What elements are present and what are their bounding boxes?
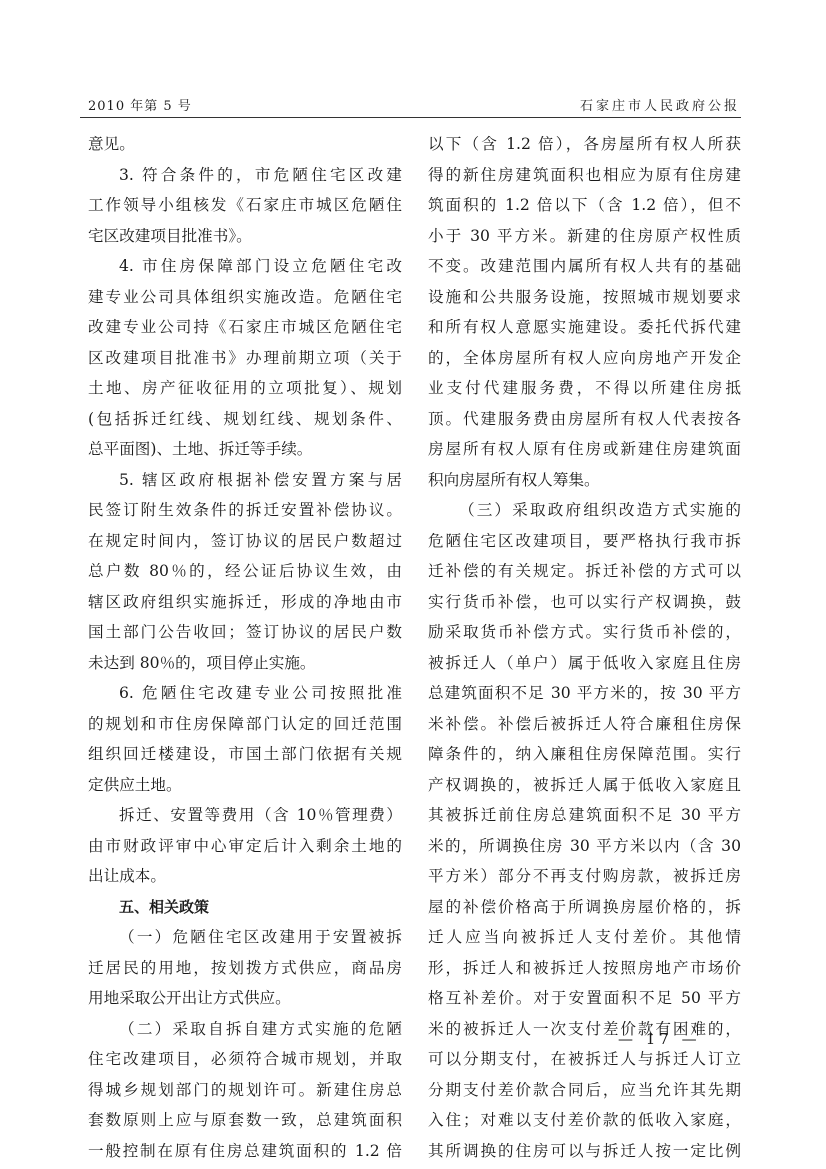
text-line: 积向房屋所有权人筹集。: [428, 465, 741, 496]
text-line: 意见。: [88, 129, 402, 160]
text-line: 屋的补偿价格高于所调换房屋价格的，拆: [428, 892, 741, 923]
text-line: 业支付代建服务费，不得以所建住房抵: [428, 373, 741, 404]
text-line: 一般控制在原有住房总建筑面积的 1.2 倍: [88, 1136, 402, 1167]
text-line: 障条件的，纳入廉租住房保障范围。实行: [428, 739, 741, 770]
text-line: 拆迁、安置等费用（含 10％管理费）: [88, 800, 402, 831]
text-line: 形，拆迁人和被拆迁人按照房地产市场价: [428, 953, 741, 984]
text-line: 可以分期支付，在被拆迁人与拆迁人订立: [428, 1044, 741, 1075]
left-column: 意见。3. 符合条件的，市危陋住宅区改建工作领导小组核发《石家庄市城区危陋住宅区…: [88, 129, 402, 1166]
right-column: 以下（含 1.2 倍），各房屋所有权人所获得的新住房建筑面积也相应为原有住房建筑…: [428, 129, 741, 1166]
text-line: 建专业公司具体组织实施改造。危陋住宅: [88, 282, 402, 313]
text-line: 得的新住房建筑面积也相应为原有住房建: [428, 160, 741, 191]
text-line: 改建专业公司持《石家庄市城区危陋住宅: [88, 312, 402, 343]
text-line: 设施和公共服务设施，按照城市规划要求: [428, 282, 741, 313]
text-line: 辖区政府组织实施拆迁，形成的净地由市: [88, 587, 402, 618]
text-line: 土地、房产征收征用的立项批复）、规划: [88, 373, 402, 404]
page-number: — 17 —: [618, 1030, 701, 1048]
text-line: 格互补差价。对于安置面积不足 50 平方: [428, 983, 741, 1014]
text-line: 分期支付差价款合同后，应当允许其先期: [428, 1075, 741, 1106]
text-line: 迁补偿的有关规定。拆迁补偿的方式可以: [428, 556, 741, 587]
text-line: 产权调换的，被拆迁人属于低收入家庭且: [428, 770, 741, 801]
text-line: 其被拆迁前住房总建筑面积不足 30 平方: [428, 800, 741, 831]
text-line: 平方米）部分不再支付购房款，被拆迁房: [428, 861, 741, 892]
text-line: 得城乡规划部门的规划许可。新建住房总: [88, 1075, 402, 1106]
text-line: 总平面图)、土地、拆迁等手续。: [88, 434, 402, 465]
text-line: 3. 符合条件的，市危陋住宅区改建: [88, 160, 402, 191]
text-line: （一）危陋住宅区改建用于安置被拆: [88, 922, 402, 953]
text-line: 以下（含 1.2 倍），各房屋所有权人所获: [428, 129, 741, 160]
text-line: （三）采取政府组织改造方式实施的: [428, 495, 741, 526]
text-line: 其所调换的住房可以与拆迁人按一定比例: [428, 1136, 741, 1167]
text-line: 未达到 80％的，项目停止实施。: [88, 648, 402, 679]
text-line: 区改建项目批准书》办理前期立项（关于: [88, 343, 402, 374]
text-line: 由市财政评审中心审定后计入剩余土地的: [88, 831, 402, 862]
text-line: 和所有权人意愿实施建设。委托代拆代建: [428, 312, 741, 343]
section-heading: 五、相关政策: [88, 892, 402, 923]
running-header: 2010 年第 5 号 石家庄市人民政府公报: [88, 93, 740, 115]
text-line: 危陋住宅区改建项目，要严格执行我市拆: [428, 526, 741, 557]
text-line: 入住；对难以支付差价款的低收入家庭，: [428, 1105, 741, 1136]
text-line: 工作领导小组核发《石家庄市城区危陋住: [88, 190, 402, 221]
text-line: 总户数 80％的，经公证后协议生效，由: [88, 556, 402, 587]
text-line: 迁人应当向被拆迁人支付差价。其他情: [428, 922, 741, 953]
publication-title: 石家庄市人民政府公报: [580, 95, 740, 114]
text-line: 的规划和市住房保障部门认定的回迁范围: [88, 709, 402, 740]
text-line: 顶。代建服务费由房屋所有权人代表按各: [428, 404, 741, 435]
text-line: 住宅改建项目，必须符合城市规划，并取: [88, 1044, 402, 1075]
text-line: 定供应土地。: [88, 770, 402, 801]
text-line: (包括拆迁红线、规划红线、规划条件、: [88, 404, 402, 435]
text-line: 5. 辖区政府根据补偿安置方案与居: [88, 465, 402, 496]
text-line: 出让成本。: [88, 861, 402, 892]
text-line: 4. 市住房保障部门设立危陋住宅改: [88, 251, 402, 282]
text-line: 的，全体房屋所有权人应向房地产开发企: [428, 343, 741, 374]
text-line: 在规定时间内，签订协议的居民户数超过: [88, 526, 402, 557]
text-line: 套数原则上应与原套数一致，总建筑面积: [88, 1105, 402, 1136]
text-line: （二）采取自拆自建方式实施的危陋: [88, 1014, 402, 1045]
text-line: 国土部门公告收回；签订协议的居民户数: [88, 617, 402, 648]
text-line: 迁居民的用地，按划拨方式供应，商品房: [88, 953, 402, 984]
text-line: 米的，所调换住房 30 平方米以内（含 30: [428, 831, 741, 862]
text-line: 筑面积的 1.2 倍以下（含 1.2 倍），但不: [428, 190, 741, 221]
text-line: 组织回迁楼建设，市国土部门依据有关规: [88, 739, 402, 770]
text-line: 宅区改建项目批准书》。: [88, 221, 402, 252]
text-line: 不变。改建范围内属所有权人共有的基础: [428, 251, 741, 282]
text-line: 总建筑面积不足 30 平方米的，按 30 平方: [428, 678, 741, 709]
text-line: 米补偿。补偿后被拆迁人符合廉租住房保: [428, 709, 741, 740]
text-line: 房屋所有权人原有住房或新建住房建筑面: [428, 434, 741, 465]
issue-label: 2010 年第 5 号: [88, 95, 192, 114]
header-rule: [80, 117, 741, 118]
text-line: 实行货币补偿，也可以实行产权调换，鼓: [428, 587, 741, 618]
text-line: 民签订附生效条件的拆迁安置补偿协议。: [88, 495, 402, 526]
text-line: 6. 危陋住宅改建专业公司按照批准: [88, 678, 402, 709]
text-line: 小于 30 平方米。新建的住房原产权性质: [428, 221, 741, 252]
text-line: 励采取货币补偿方式。实行货币补偿的，: [428, 617, 741, 648]
text-line: 被拆迁人（单户）属于低收入家庭且住房: [428, 648, 741, 679]
text-line: 用地采取公开出让方式供应。: [88, 983, 402, 1014]
